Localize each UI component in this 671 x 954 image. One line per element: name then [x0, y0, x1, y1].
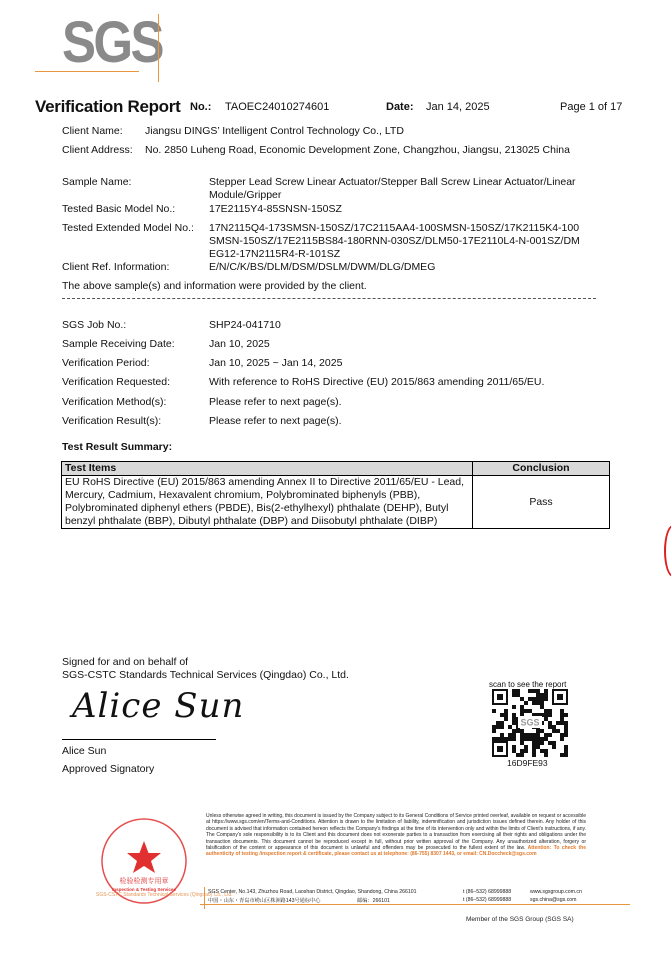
footer-website-link[interactable]: www.sgsgroup.com.cn	[530, 889, 582, 895]
extended-model-value: 17N2115Q4-173SMSN-150SZ/17C2115AA4-100SM…	[209, 222, 581, 261]
client-ref-label: Client Ref. Information:	[62, 261, 169, 274]
report-no-label: No.:	[190, 101, 211, 113]
report-no-value: TAOEC24010274601	[225, 101, 329, 113]
page-number: Page 1 of 17	[560, 101, 622, 113]
sgs-group-member: Member of the SGS Group (SGS SA)	[466, 916, 574, 923]
verification-period-label: Verification Period:	[62, 357, 150, 370]
receiving-date-value: Jan 10, 2025	[209, 338, 270, 351]
verification-requested-label: Verification Requested:	[62, 376, 170, 389]
footer-address-en: SGS Center, No.143, Zhuzhou Road, Laosha…	[208, 889, 417, 895]
summary-heading: Test Result Summary:	[62, 441, 172, 454]
partial-stamp-edge	[664, 525, 671, 577]
section-divider	[62, 298, 596, 299]
client-name-label: Client Name:	[62, 125, 123, 138]
client-address-label: Client Address:	[62, 144, 133, 157]
verification-period-value: Jan 10, 2025 ~ Jan 14, 2025	[209, 357, 342, 370]
footer-postcode-cn: 邮编：266101	[357, 897, 390, 904]
client-ref-value: E/N/C/K/BS/DLM/DSM/DSLM/DWM/DLG/DMEG	[209, 261, 435, 274]
qr-center-label: SGS	[520, 718, 539, 728]
client-address-value: No. 2850 Luheng Road, Economic Developme…	[145, 144, 570, 157]
signatory-name: Alice Sun	[62, 745, 106, 758]
job-no-value: SHP24-041710	[209, 319, 281, 332]
qr-code-id: 16D9FE93	[507, 758, 548, 768]
footer-tel-2: t (86–532) 68999888	[463, 897, 511, 903]
basic-model-value: 17E2115Y4-85SNSN-150SZ	[209, 203, 342, 216]
basic-model-label: Tested Basic Model No.:	[62, 203, 175, 216]
conclusion-cell: Pass	[473, 476, 610, 529]
column-header-test-items: Test Items	[62, 462, 473, 476]
stamp-cn-text: 检验检测专用章	[120, 876, 169, 885]
signed-on-behalf: Signed for and on behalf of	[62, 656, 188, 669]
verification-result-label: Verification Result(s):	[62, 415, 161, 428]
receiving-date-label: Sample Receiving Date:	[62, 338, 175, 351]
footer-email-link[interactable]: sgs.china@sgs.com	[530, 897, 577, 903]
disclaimer: Unless otherwise agreed in writing, this…	[206, 813, 586, 858]
signature: Alice Sun	[72, 686, 244, 726]
summary-table: Test Items Conclusion EU RoHS Directive …	[61, 461, 610, 529]
report-date-label: Date:	[386, 101, 414, 113]
footer-divider	[200, 904, 630, 905]
job-no-label: SGS Job No.:	[62, 319, 126, 332]
logo-accent-vline	[158, 14, 159, 82]
footer-address-cn: 中国・山东・青岛市崂山区株洲路143号通标中心	[208, 897, 320, 904]
table-row: EU RoHS Directive (EU) 2015/863 amending…	[62, 476, 610, 529]
provided-note: The above sample(s) and information were…	[62, 280, 367, 293]
sample-name-value: Stepper Lead Screw Linear Actuator/Stepp…	[209, 176, 589, 202]
footer-tel-1: t (86–532) 68999888	[463, 889, 511, 895]
sgs-logo: SGS	[62, 14, 162, 72]
verification-requested-value: With reference to RoHS Directive (EU) 20…	[209, 376, 544, 389]
client-name-value: Jiangsu DINGS’ Intelligent Control Techn…	[145, 125, 404, 138]
verification-result-value: Please refer to next page(s).	[209, 415, 342, 428]
signature-line	[62, 739, 216, 740]
logo-accent-line	[35, 71, 139, 72]
sample-name-label: Sample Name:	[62, 176, 131, 189]
test-item-cell: EU RoHS Directive (EU) 2015/863 amending…	[62, 476, 473, 529]
qr-code-icon[interactable]: SGS	[492, 689, 568, 757]
extended-model-label: Tested Extended Model No.:	[62, 222, 194, 235]
column-header-conclusion: Conclusion	[473, 462, 610, 476]
report-date-value: Jan 14, 2025	[426, 101, 490, 113]
signing-company: SGS-CSTC Standards Technical Services (Q…	[62, 669, 349, 682]
signatory-role: Approved Signatory	[62, 763, 154, 776]
footer-accent-vline	[204, 887, 205, 909]
verification-method-value: Please refer to next page(s).	[209, 396, 342, 409]
qr-caption: scan to see the report	[489, 680, 566, 689]
verification-method-label: Verification Method(s):	[62, 396, 166, 409]
report-title: Verification Report	[35, 97, 180, 117]
